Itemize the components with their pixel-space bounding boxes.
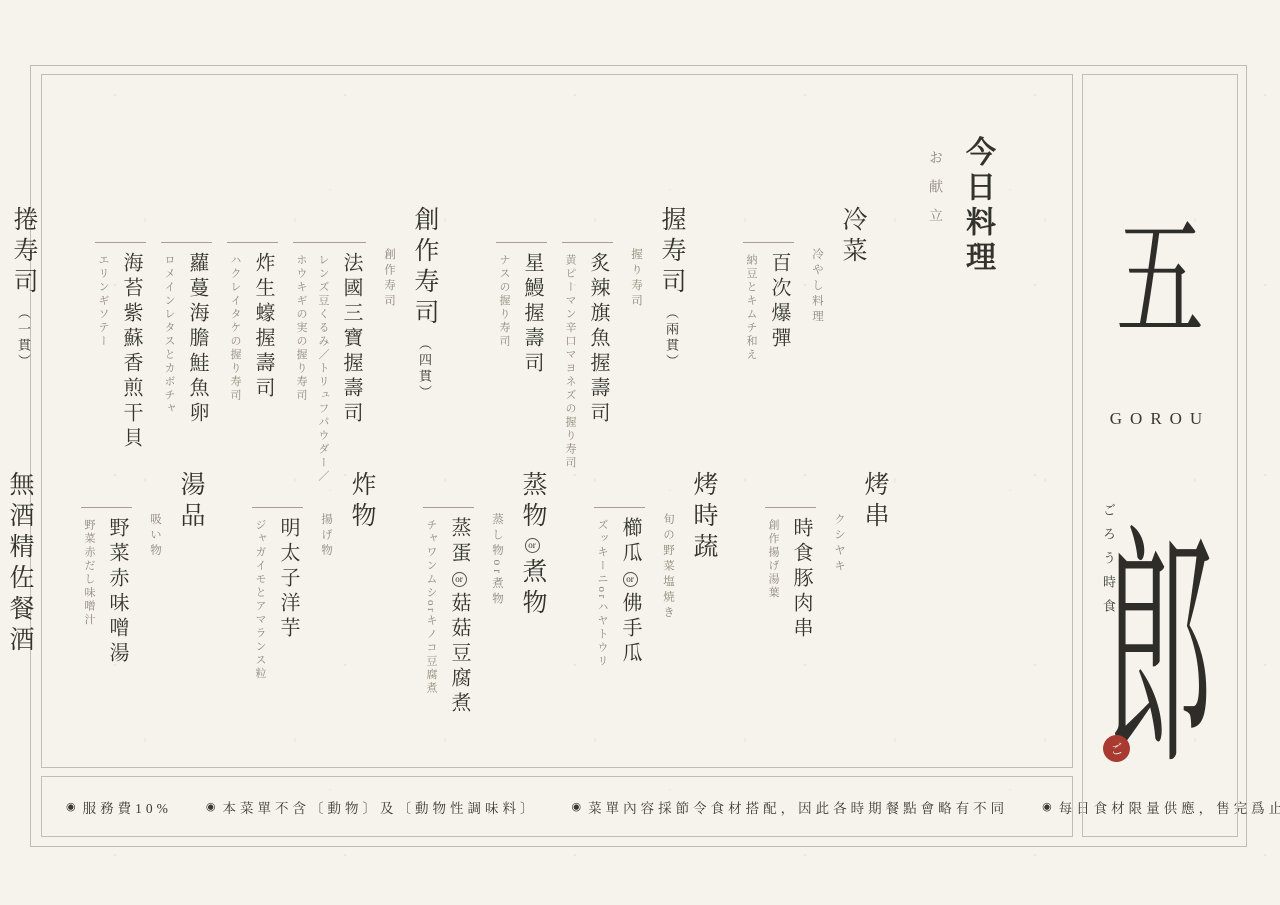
category-header: 湯品 吸い物	[147, 471, 208, 560]
category-name-text: 捲寿司	[10, 206, 37, 299]
item-columns: 海苔紫蘇香煎干貝 エリンギソテー	[95, 252, 146, 452]
item-desc: 野菜赤だし味噌汁	[81, 519, 97, 627]
bullet-icon: ◉	[1042, 800, 1052, 813]
category-reading: 吸い物	[147, 513, 163, 560]
category-qualifier: （一貫）	[16, 306, 31, 370]
menu-panel: 今日料理 お献立 冷菜 冷やし料理 百次爆彈 納豆とキムチ和え	[41, 74, 1073, 768]
item-columns: 法國三寶握壽司 レンズ豆くるみ／トリュフパウダー／ ホウキギの実の握り寿司	[293, 252, 366, 484]
category-header: 烤時蔬 旬の野菜塩焼き	[660, 471, 721, 622]
item-name: 時食豚肉串	[787, 517, 816, 642]
category-name-text: 無酒精佐餐酒	[6, 471, 33, 657]
category-non-alcoholic-pairing: 無酒精佐餐酒 ノンアルコール飲料	[0, 471, 37, 657]
category-cold-dishes: 冷菜 冷やし料理 百次爆彈 納豆とキムチ和え	[743, 206, 870, 362]
item-columns: 蒸蛋or菇菇豆腐煮 チャワンムシorキノコ豆腐煮	[423, 517, 474, 717]
category-header: 冷菜 冷やし料理	[809, 206, 870, 326]
category-reading: 創作寿司	[381, 248, 397, 310]
menu-item: 時食豚肉串 創作揚げ湯葉	[765, 507, 816, 642]
item-desc: 黄ピーマン辛口マヨネズの握り寿司	[562, 254, 578, 470]
category-reading: 蒸し物or煮物	[489, 513, 505, 608]
footer-note-text: 菜單內容採節令食材搭配，因此各時期餐點會略有不同	[588, 797, 1008, 817]
item-columns: 明太子洋芋 ジャガイモとアマランス粒	[252, 517, 303, 681]
footer-panel: ◉ 服務費10% ◉ 本菜單不含〔動物〕及〔動物性調味料〕 ◉ 菜單內容採節令食…	[41, 776, 1073, 837]
menu-row-bottom: 烤串 クシヤキ 時食豚肉串 創作揚げ湯葉 烤時蔬	[0, 471, 892, 717]
category-qualifier: （兩貫）	[664, 306, 679, 370]
category-name: 烤串	[856, 471, 892, 533]
category-creative-sushi: 創作寿司（四貫） 創作寿司 法國三寶握壽司 レンズ豆くるみ／トリュフパウダー／ …	[95, 206, 442, 484]
category-name: 烤時蔬	[685, 471, 721, 564]
item-name: 野菜赤味噌湯	[103, 517, 132, 667]
item-desc: レンズ豆くるみ／トリュフパウダー／	[315, 254, 331, 484]
category-reading: クシヤキ	[831, 513, 847, 575]
category-reading: 握り寿司	[628, 248, 644, 310]
category-reading: 冷やし料理	[809, 248, 825, 326]
menu-item: 野菜赤味噌湯 野菜赤だし味噌汁	[81, 507, 132, 667]
category-header: 炸物 揚げ物	[318, 471, 379, 560]
category-name-text: 湯品	[177, 471, 204, 533]
menu-title-block: 今日料理 お献立	[924, 136, 999, 276]
item-columns: 野菜赤味噌湯 野菜赤だし味噌汁	[81, 517, 132, 667]
footer-note: ◉ 菜單內容採節令食材搭配，因此各時期餐點會略有不同	[571, 797, 1008, 817]
item-name-part: 櫛瓜	[619, 517, 641, 567]
item-desc: ロメインレタスとカボチャ	[161, 254, 177, 416]
category-name: 創作寿司（四貫）	[406, 206, 442, 401]
item-rule	[252, 507, 303, 508]
item-columns: 星鰻握壽司 ナスの握り寿司	[496, 252, 547, 377]
item-rule	[496, 242, 547, 243]
item-name: 明太子洋芋	[274, 517, 303, 642]
menu-item: 炸生蠔握壽司 ハクレイタケの握り寿司	[227, 242, 278, 403]
item-name: 炸生蠔握壽司	[249, 252, 278, 402]
bullet-icon: ◉	[66, 800, 76, 813]
item-name-part: 菇菇豆腐煮	[448, 592, 470, 717]
category-header: 創作寿司（四貫） 創作寿司	[381, 206, 442, 401]
category-name: 湯品	[172, 471, 208, 533]
footer-note-text: 服務費10%	[83, 797, 172, 817]
item-columns: 百次爆彈 納豆とキムチ和え	[743, 252, 794, 362]
category-qualifier: （四貫）	[417, 337, 432, 401]
category-reading: 旬の野菜塩焼き	[660, 513, 676, 622]
item-rule	[743, 242, 794, 243]
category-name: 蒸物or煮物	[514, 471, 550, 620]
category-name-part: 蒸物	[519, 471, 546, 533]
item-rule	[227, 242, 278, 243]
brand-symbol-go-glyph: 五	[1116, 175, 1204, 364]
menu-item: 蒸蛋or菇菇豆腐煮 チャワンムシorキノコ豆腐煮	[423, 507, 474, 717]
item-columns: 櫛瓜or佛手瓜 ズッキーニorハヤトウリ	[594, 517, 645, 668]
menu-item: 百次爆彈 納豆とキムチ和え	[743, 242, 794, 362]
menu-item: 星鰻握壽司 ナスの握り寿司	[496, 242, 547, 377]
item-rule	[594, 507, 645, 508]
item-rule	[293, 242, 366, 243]
item-name: 炙辣旗魚握壽司	[584, 252, 613, 427]
item-desc: ズッキーニorハヤトウリ	[594, 519, 610, 668]
item-name: 百次爆彈	[765, 252, 794, 352]
item-desc-line2: ホウキギの実の握り寿司	[293, 254, 309, 403]
bullet-icon: ◉	[206, 800, 216, 813]
item-desc: 創作揚げ湯葉	[765, 519, 781, 600]
category-name-text: 烤串	[861, 471, 888, 533]
page-subtitle: お献立	[924, 150, 944, 237]
item-name-part: 蒸蛋	[448, 517, 470, 567]
brand-seal-stamp: ご	[1103, 735, 1130, 762]
category-name: 握寿司（兩貫）	[653, 206, 689, 370]
brand-name-latin: GOROU	[1083, 409, 1237, 429]
menu-item: 炙辣旗魚握壽司 黄ピーマン辛口マヨネズの握り寿司	[562, 242, 613, 470]
item-name: 法國三寶握壽司	[337, 252, 366, 427]
item-name-part: 佛手瓜	[619, 592, 641, 667]
brand-symbol-go: 五	[1083, 175, 1237, 301]
or-badge: or	[525, 538, 540, 553]
item-desc: 納豆とキムチ和え	[743, 254, 759, 362]
item-name: 海苔紫蘇香煎干貝	[117, 252, 146, 452]
menu-item: 海苔紫蘇香煎干貝 エリンギソテー	[95, 242, 146, 452]
footer-note: ◉ 服務費10%	[66, 797, 172, 817]
category-header: 無酒精佐餐酒 ノンアルコール飲料	[0, 471, 37, 657]
item-rule	[81, 507, 132, 508]
menu-item: 櫛瓜or佛手瓜 ズッキーニorハヤトウリ	[594, 507, 645, 668]
category-skewers: 烤串 クシヤキ 時食豚肉串 創作揚げ湯葉	[765, 471, 892, 642]
menu-item: 明太子洋芋 ジャガイモとアマランス粒	[252, 507, 303, 681]
menu-row-top: 今日料理 お献立 冷菜 冷やし料理 百次爆彈 納豆とキムチ和え	[0, 136, 999, 484]
item-columns: 炙辣旗魚握壽司 黄ピーマン辛口マヨネズの握り寿司	[562, 252, 613, 470]
category-nigiri-sushi: 握寿司（兩貫） 握り寿司 炙辣旗魚握壽司 黄ピーマン辛口マヨネズの握り寿司 星鰻…	[496, 206, 689, 470]
menu-item: 蘿蔓海膽鮭魚卵 ロメインレタスとカボチャ	[161, 242, 212, 427]
category-soup: 湯品 吸い物 野菜赤味噌湯 野菜赤だし味噌汁	[81, 471, 208, 667]
category-header: 捲寿司（一貫） ロール寿司	[0, 206, 41, 370]
category-name: 炸物	[343, 471, 379, 533]
footer-note: ◉ 本菜單不含〔動物〕及〔動物性調味料〕	[206, 797, 538, 817]
menu-page: 今日料理 お献立 冷菜 冷やし料理 百次爆彈 納豆とキムチ和え	[0, 0, 1280, 905]
item-desc: ナスの握り寿司	[496, 254, 512, 349]
category-header: 握寿司（兩貫） 握り寿司	[628, 206, 689, 370]
item-columns: 時食豚肉串 創作揚げ湯葉	[765, 517, 816, 642]
category-name-text: 創作寿司	[411, 206, 438, 330]
brand-seal-mark: ご	[1108, 738, 1125, 759]
bullet-icon: ◉	[571, 800, 581, 813]
item-rule	[161, 242, 212, 243]
item-name: 蘿蔓海膽鮭魚卵	[183, 252, 212, 427]
category-name-text: 冷菜	[839, 206, 866, 268]
category-fried: 炸物 揚げ物 明太子洋芋 ジャガイモとアマランス粒	[252, 471, 379, 681]
category-name: 無酒精佐餐酒	[1, 471, 37, 657]
item-rule	[562, 242, 613, 243]
item-desc: ジャガイモとアマランス粒	[252, 519, 268, 681]
category-name-text: 烤時蔬	[690, 471, 717, 564]
item-desc: チャワンムシorキノコ豆腐煮	[423, 519, 439, 695]
logo-panel: 五 GOROU 郎 ごろう時食 ご	[1082, 74, 1238, 837]
category-steamed-or-simmered: 蒸物or煮物 蒸し物or煮物 蒸蛋or菇菇豆腐煮 チャワンムシorキノコ豆腐煮	[423, 471, 550, 717]
item-rule	[95, 242, 146, 243]
or-badge: or	[452, 572, 467, 587]
page-title: 今日料理	[955, 136, 999, 276]
category-roll-sushi: 捲寿司（一貫） ロール寿司 起司焦蕉卷 キャラメルバナナロール	[0, 206, 41, 403]
category-name: 冷菜	[834, 206, 870, 268]
category-name-part: 煮物	[519, 558, 546, 620]
item-name: 星鰻握壽司	[518, 252, 547, 377]
item-rule	[423, 507, 474, 508]
item-name: 蒸蛋or菇菇豆腐煮	[445, 517, 474, 717]
item-columns: 炸生蠔握壽司 ハクレイタケの握り寿司	[227, 252, 278, 403]
item-rule	[765, 507, 816, 508]
category-reading: 揚げ物	[318, 513, 334, 560]
item-columns: 蘿蔓海膽鮭魚卵 ロメインレタスとカボチャ	[161, 252, 212, 427]
menu-item: 法國三寶握壽司 レンズ豆くるみ／トリュフパウダー／ ホウキギの実の握り寿司	[293, 242, 366, 484]
category-grilled-vegetables: 烤時蔬 旬の野菜塩焼き 櫛瓜or佛手瓜 ズッキーニorハヤトウリ	[594, 471, 721, 668]
category-name-text: 炸物	[348, 471, 375, 533]
brand-tagline: ごろう時食	[1099, 503, 1118, 623]
footer-note-text: 本菜單不含〔動物〕及〔動物性調味料〕	[222, 797, 537, 817]
category-header: 蒸物or煮物 蒸し物or煮物	[489, 471, 550, 620]
category-name: 捲寿司（一貫）	[5, 206, 41, 370]
category-header: 烤串 クシヤキ	[831, 471, 892, 575]
item-desc: エリンギソテー	[95, 254, 111, 349]
category-name-text: 握寿司	[658, 206, 685, 299]
item-name: 櫛瓜or佛手瓜	[616, 517, 645, 667]
item-desc: ハクレイタケの握り寿司	[227, 254, 243, 403]
or-badge: or	[623, 572, 638, 587]
